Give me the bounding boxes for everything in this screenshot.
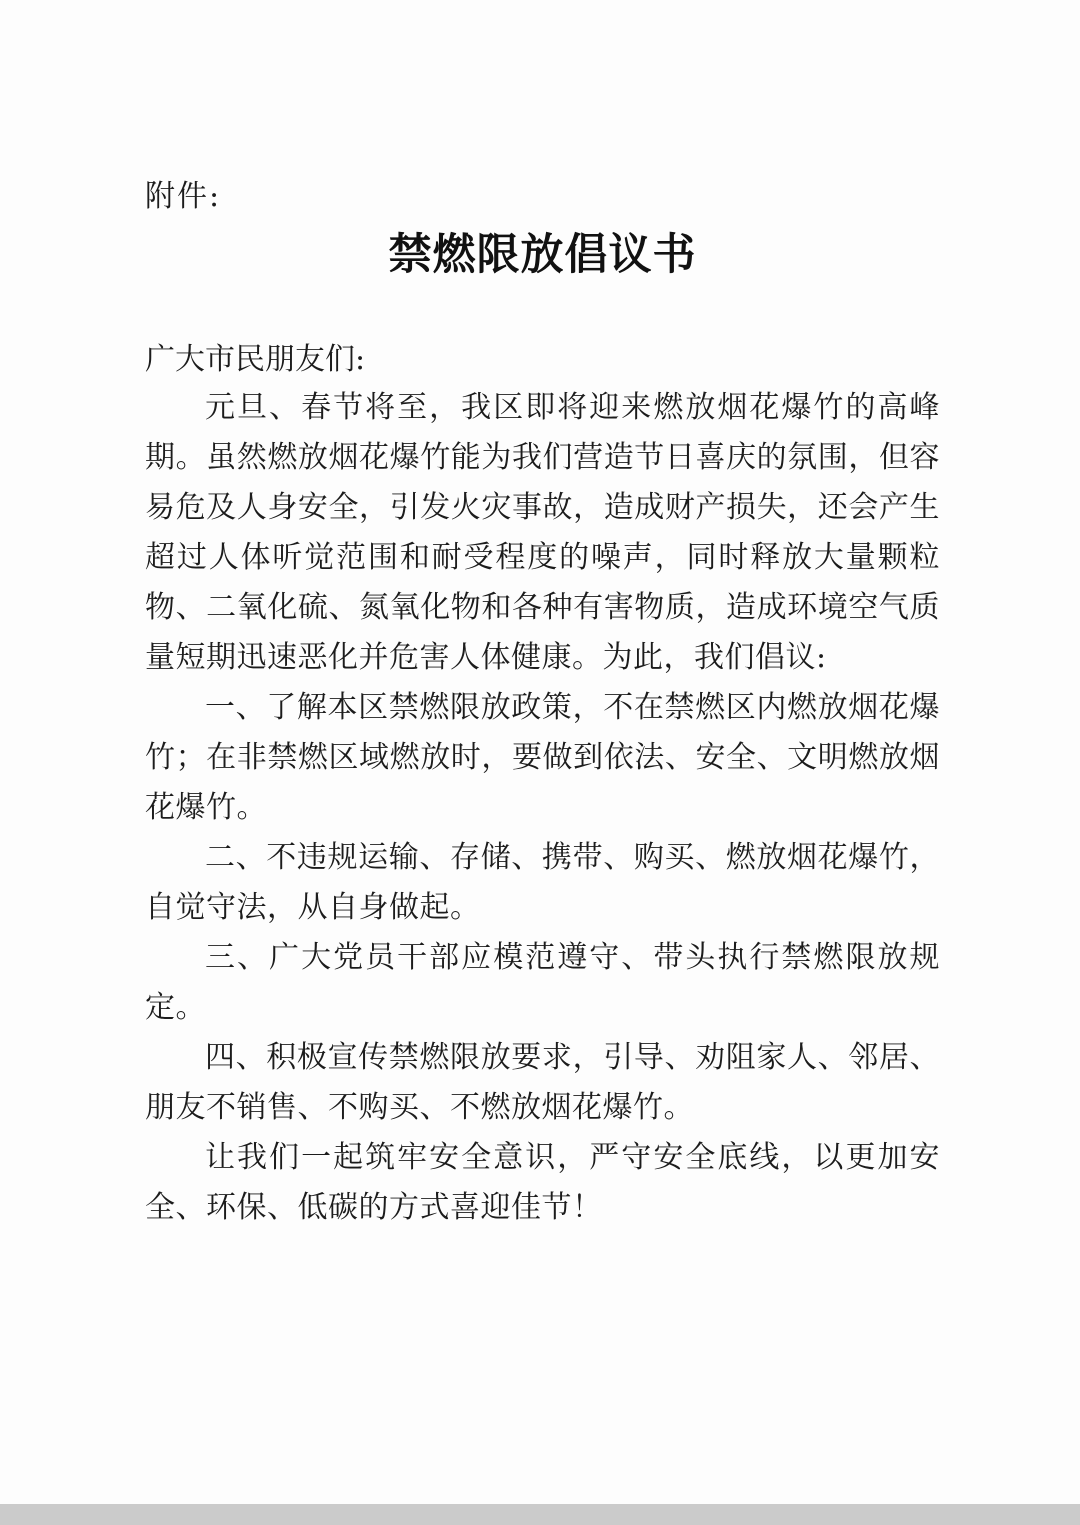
- document-title: 禁燃限放倡议书: [145, 229, 940, 281]
- scan-bottom-edge: [0, 1504, 1080, 1525]
- paragraph: 四、积极宣传禁燃限放要求，引导、劝阻家人、邻居、朋友不销售、不购买、不燃放烟花爆…: [145, 1033, 940, 1133]
- document-content: 附件: 禁燃限放倡议书 广大市民朋友们: 元旦、春节将至，我区即将迎来燃放烟花爆…: [145, 0, 940, 1233]
- attachment-label: 附件:: [145, 180, 940, 213]
- document-body: 元旦、春节将至，我区即将迎来燃放烟花爆竹的高峰期。虽然燃放烟花爆竹能为我们营造节…: [145, 383, 940, 1233]
- paragraph: 二、不违规运输、存储、携带、购买、燃放烟花爆竹，自觉守法，从自身做起。: [145, 833, 940, 933]
- paragraph: 让我们一起筑牢安全意识，严守安全底线，以更加安全、环保、低碳的方式喜迎佳节！: [145, 1133, 940, 1233]
- paragraph: 三、广大党员干部应模范遵守、带头执行禁燃限放规定。: [145, 933, 940, 1033]
- salutation: 广大市民朋友们:: [145, 343, 940, 377]
- paragraph: 一、了解本区禁燃限放政策，不在禁燃区内燃放烟花爆竹；在非禁燃区域燃放时，要做到依…: [145, 683, 940, 833]
- document-page: 附件: 禁燃限放倡议书 广大市民朋友们: 元旦、春节将至，我区即将迎来燃放烟花爆…: [0, 0, 1080, 1525]
- paragraph: 元旦、春节将至，我区即将迎来燃放烟花爆竹的高峰期。虽然燃放烟花爆竹能为我们营造节…: [145, 383, 940, 683]
